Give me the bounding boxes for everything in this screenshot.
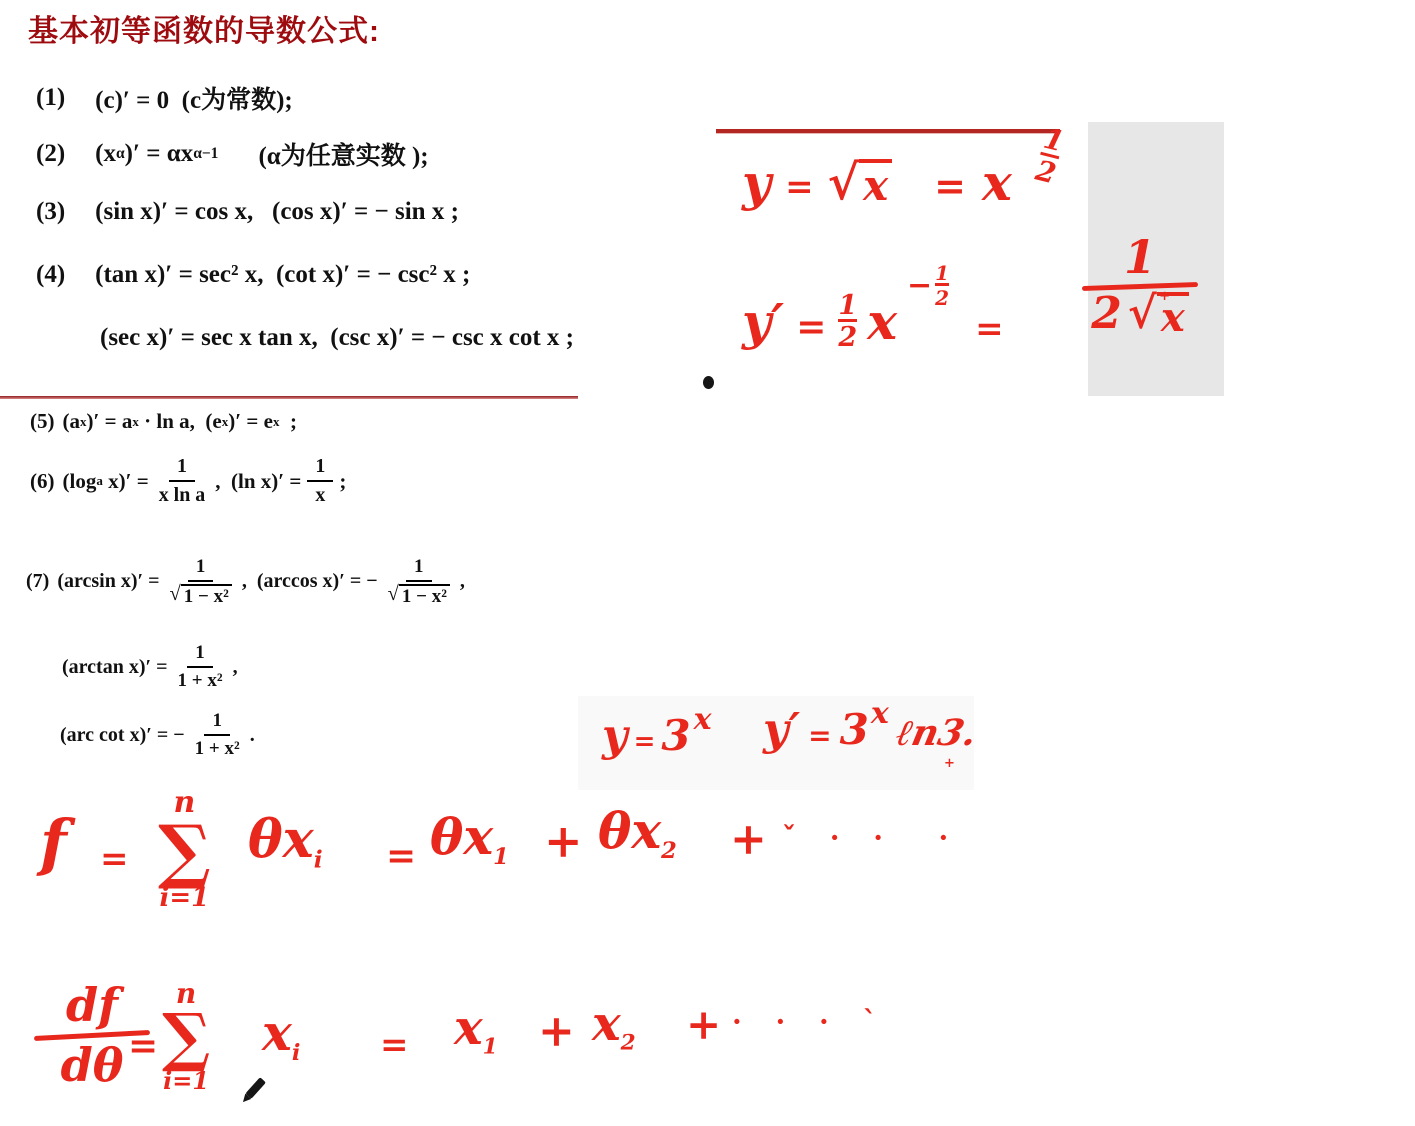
fraction-1-over-sqrt: 1√1 − x² — [166, 556, 236, 607]
formula-5-math: )′ = e — [228, 409, 273, 434]
formula-7b-math: (arctan x)′ = — [62, 656, 168, 679]
formula-line-4: (4)(tan x)′ = sec² x, (cot x)′ = − csc² … — [36, 261, 470, 289]
hw-theta-x-i: θxi — [248, 814, 323, 872]
formula-7-math: , (arccos x)′ = − — [242, 570, 378, 593]
hw-sigma-lower: i=1 — [159, 885, 209, 911]
red-divider-left — [0, 396, 578, 399]
hw-plus-mark: + — [944, 757, 955, 770]
hw-plus: + — [538, 1010, 575, 1054]
hw-equals: = — [808, 722, 831, 750]
formula-7b-math: , — [233, 656, 238, 679]
sigma-icon: ∑ — [158, 818, 211, 885]
hw-y: y — [742, 158, 771, 208]
formula-3-number: (3) — [36, 198, 65, 226]
hw-equals: = — [785, 170, 814, 204]
formula-5-math: ; — [279, 409, 297, 434]
formula-line-7b: (arctan x)′ =11 + x², — [62, 642, 238, 693]
formula-4-math: (tan x)′ = sec² x, (cot x)′ = − csc² x ; — [95, 261, 470, 289]
hw-equals: = — [100, 842, 129, 876]
formula-2-number: (2) — [36, 140, 65, 168]
hw-equals: = — [934, 167, 966, 205]
hw-exponent-minus-one-half: −12 — [907, 263, 949, 308]
fraction-1-over-xlna: 1x ln a — [155, 455, 210, 508]
hw-sigma-sum1: n ∑ i=1 — [158, 788, 211, 911]
hw-ellipsis: · · · ˋ — [732, 1008, 889, 1036]
hw-equals: = — [386, 838, 416, 874]
hw-x: x — [867, 297, 897, 347]
hw-theta-x-2: θx2 — [598, 806, 677, 863]
formula-6-math: ; — [339, 469, 346, 494]
hw-equals: = — [380, 1028, 409, 1062]
formula-7-math: , — [460, 570, 465, 593]
hw-equals: = — [796, 309, 826, 345]
hw-plus: + — [544, 818, 583, 864]
radical-icon: √ — [1128, 292, 1157, 336]
hw-y: y — [602, 714, 628, 758]
formula-line-5: (5)(ax)′ = ax · ln a, (ex)′ = ex ; — [30, 409, 297, 434]
fraction-1-over-sqrt: 1√1 − x² — [384, 556, 454, 607]
formula-line-1: (1)(c)′ = 0 (c为常数); — [36, 80, 293, 116]
page-title: 基本初等函数的导数公式: — [28, 6, 380, 50]
formula-line-7c: (arc cot x)′ = −11 + x². — [60, 710, 255, 761]
hw-exponent-one-half: 1 2 — [1033, 125, 1067, 189]
fraction-1-over-1px2: 11 + x² — [174, 642, 227, 693]
radical-icon: √ — [388, 584, 399, 605]
formula-line-2: (2)(xα)′ = αxα−1(α为任意实数 ); — [36, 136, 429, 172]
hw-plus: + — [730, 818, 767, 862]
formula-5-math: (a — [63, 409, 81, 434]
hw-fraction-1-over-2sqrtx: 1 + 2√x — [1082, 234, 1198, 338]
hw-theta-x-1: θx1 — [430, 812, 509, 869]
hw-ellipsis: ˇ · · · — [782, 824, 960, 852]
formula-line-7: (7)(arcsin x)′ =1√1 − x², (arccos x)′ = … — [26, 556, 465, 607]
formula-line-6: (6)(loga x)′ =1x ln a, (ln x)′ =1x; — [30, 455, 346, 508]
hw-one-half: 12 — [838, 292, 857, 351]
formula-7-number: (7) — [26, 570, 49, 593]
hw-x-2: x2 — [592, 1000, 636, 1054]
hw-y-prime: y′ — [763, 708, 800, 752]
radical-icon: √ — [170, 584, 181, 605]
hw-sqrt-line1: y = √x = x — [742, 158, 1012, 208]
formula-line-3: (3)(sin x)′ = cos x, (cos x)′ = − sin x … — [36, 198, 459, 226]
hw-sqrt-x: √x — [828, 159, 893, 207]
hw-equals: = — [634, 729, 656, 755]
hw-x-1: x1 — [454, 1004, 498, 1058]
hw-x-i: xi — [262, 1008, 300, 1065]
formula-1-number: (1) — [36, 84, 65, 112]
formula-6-math: , (ln x)′ = — [215, 469, 301, 494]
formula-2-math: (x — [95, 140, 116, 168]
formula-1-math: (c)′ = 0 (c为常数); — [95, 80, 293, 116]
sigma-icon: ∑ — [162, 1008, 210, 1069]
formula-5-math: )′ = a — [87, 409, 133, 434]
formula-6-math: x)′ = — [103, 469, 149, 494]
formula-2-note: (α为任意实数 ); — [258, 136, 428, 172]
exponent-alpha-minus-1: α−1 — [193, 145, 218, 163]
formula-7c-math: (arc cot x)′ = − — [60, 724, 185, 747]
formula-line-4b: (sec x)′ = sec x tan x, (csc x)′ = − csc… — [100, 324, 574, 352]
formula-5-number: (5) — [30, 409, 55, 434]
exponent-alpha: α — [116, 145, 125, 163]
pen-cursor-icon — [240, 1077, 266, 1105]
hw-sqrt-line2: y′ = 12 x −12 = — [742, 292, 1004, 351]
fraction-1-over-x: 1x — [307, 455, 333, 508]
hw-exp-line-left: y = 3 x — [602, 714, 712, 758]
formula-5-math: · ln a, (e — [139, 409, 222, 434]
formula-6-math: (log — [63, 469, 97, 494]
formula-6-number: (6) — [30, 469, 55, 494]
hw-equals: = — [128, 1028, 158, 1064]
lecture-slide: 基本初等函数的导数公式: (1)(c)′ = 0 (c为常数); (2)(xα)… — [0, 0, 1415, 1126]
formula-7c-math: . — [250, 724, 255, 747]
hw-y-prime: y′ — [742, 297, 784, 347]
hw-exp-line-right: y′ = 3 x ℓn3. — [763, 708, 976, 752]
hw-ln3: ℓn3. — [893, 715, 980, 751]
hw-x: x — [982, 158, 1012, 208]
fraction-1-over-1px2: 11 + x² — [191, 710, 244, 761]
hw-plus: + — [686, 1004, 721, 1046]
hw-exponent-x: x — [871, 699, 889, 729]
red-divider-top — [716, 129, 1060, 134]
hw-f: f — [40, 812, 67, 874]
formula-3-math: (sin x)′ = cos x, (cos x)′ = − sin x ; — [95, 198, 459, 226]
hw-sigma-sum2: n ∑ i=1 — [162, 980, 210, 1093]
hw-plus-mark: + — [1159, 290, 1170, 303]
hw-exponent-x: x — [694, 705, 712, 735]
hw-sigma-lower: i=1 — [163, 1069, 209, 1093]
radical-icon: √ — [828, 159, 860, 207]
bullet-dot-icon — [703, 376, 714, 389]
hw-equals: = — [975, 312, 1004, 346]
formula-2-math: )′ = αx — [125, 140, 194, 168]
formula-7-math: (arcsin x)′ = — [57, 570, 159, 593]
formula-4b-math: (sec x)′ = sec x tan x, (csc x)′ = − csc… — [100, 324, 574, 352]
formula-4-number: (4) — [36, 261, 65, 289]
